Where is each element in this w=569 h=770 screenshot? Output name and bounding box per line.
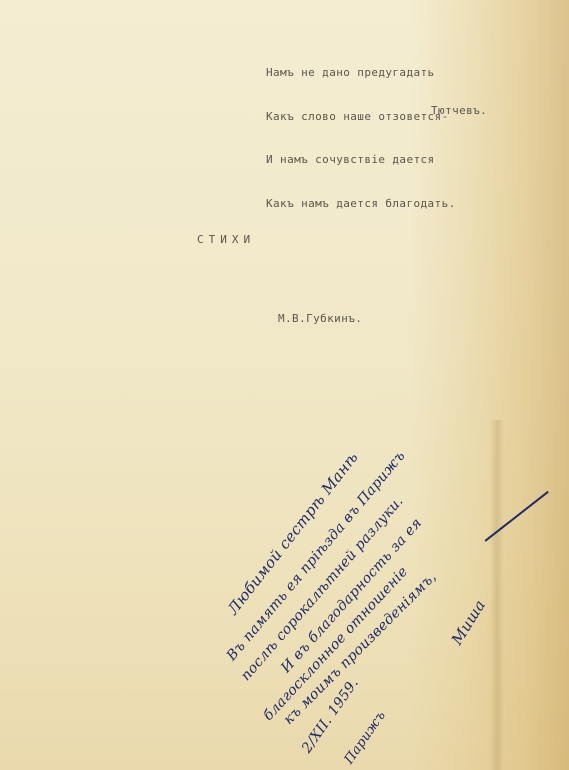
epigraph-line: Какъ слово наше отзовется- (266, 110, 456, 125)
collection-title: СТИХИ (197, 233, 255, 246)
page-fold-crease (490, 420, 504, 770)
epigraph-line: Какъ намъ дается благодать. (266, 197, 456, 212)
epigraph-line: Намъ не дано предугадать (266, 66, 456, 81)
collection-author: М.В.Губкинъ. (278, 312, 362, 325)
epigraph: Намъ не дано предугадать Какъ слово наше… (266, 37, 456, 240)
inscription-signature: Миша (448, 597, 489, 648)
epigraph-author: Тютчевъ. (431, 104, 487, 117)
inscription-place: Парижъ (342, 708, 389, 767)
manuscript-page: Намъ не дано предугадать Какъ слово наше… (0, 0, 569, 770)
epigraph-line: И намъ сочувствіе дается (266, 153, 456, 168)
